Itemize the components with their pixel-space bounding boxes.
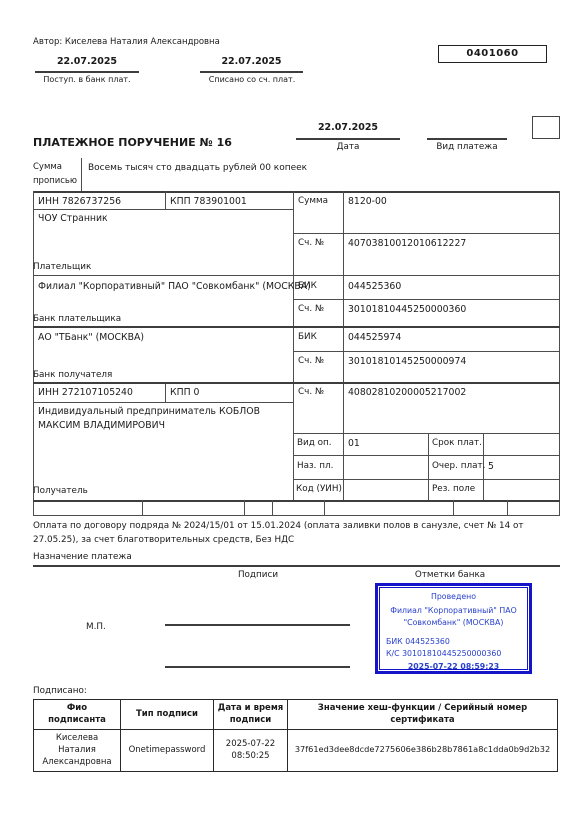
signature-hash: 37f61ed3dee8dcde7275606e386b28b7861a8c1d…	[288, 729, 558, 771]
payee-inn: ИНН 272107105240	[38, 387, 133, 398]
divider	[81, 158, 82, 192]
signed-header-datetime: Дата и время подписи	[214, 700, 288, 730]
payee-account-label: Сч. №	[298, 387, 324, 397]
divider	[293, 455, 560, 456]
payee-account: 40802810200005217002	[348, 387, 466, 398]
payment-type-label: Вид платежа	[412, 142, 522, 152]
signed-header-name: Фио подписанта	[34, 700, 121, 730]
payer-bank-bik-label: БИК	[298, 281, 317, 291]
ocher-plat-value: 5	[488, 461, 494, 472]
divider	[33, 275, 560, 276]
payee-section-label: Получатель	[33, 486, 88, 496]
payer-name: ЧОУ Странник	[38, 213, 108, 224]
divider	[453, 500, 454, 515]
signature-type: Onetimepassword	[121, 729, 214, 771]
divider	[33, 326, 560, 328]
divider	[428, 433, 429, 500]
divider	[324, 500, 325, 515]
received-label: Поступ. в банк плат.	[25, 75, 149, 84]
divider	[33, 382, 560, 384]
signature-line	[165, 666, 350, 668]
divider	[165, 382, 166, 402]
payment-purpose: Оплата по договору подряда № 2024/15/01 …	[33, 519, 560, 547]
payee-name: Индивидуальный предприниматель КОБЛОВ МА…	[38, 405, 290, 434]
payee-bank-name: АО "ТБанк" (МОСКВА)	[38, 332, 144, 343]
divider	[293, 299, 560, 300]
vid-op-value: 01	[348, 438, 360, 449]
stamp-bank-line1: Филиал "Корпоративный" ПАО	[386, 605, 521, 618]
payer-inn: ИНН 7826737256	[38, 196, 121, 207]
divider	[244, 500, 245, 515]
signed-header-type: Тип подписи	[121, 700, 214, 730]
stamp-status: Проведено	[386, 591, 521, 604]
status-field-box	[532, 116, 560, 139]
payer-bank-bik: 044525360	[348, 281, 401, 292]
divider	[293, 479, 560, 480]
bank-stamp: Проведено Филиал "Корпоративный" ПАО "Со…	[375, 583, 532, 674]
stamp-bik: БИК 044525360	[386, 636, 521, 649]
divider	[293, 233, 560, 234]
divider	[165, 191, 166, 209]
payer-bank-section-label: Банк плательщика	[33, 314, 121, 324]
srok-plat-label: Срок плат.	[432, 438, 482, 448]
bank-stamp-content: Проведено Филиал "Корпоративный" ПАО "Со…	[379, 587, 528, 670]
divider	[33, 209, 293, 210]
payee-bank-bik: 044525974	[348, 332, 401, 343]
signature-datetime: 2025-07-22 08:50:25	[214, 729, 288, 771]
signatures-label: Подписи	[203, 570, 313, 580]
stamp-timestamp: 2025-07-22 08:59:23	[386, 661, 521, 674]
payee-bank-account: 30101810145250000974	[348, 356, 466, 367]
mp-label: М.П.	[86, 622, 106, 632]
kod-uin-label: Код (УИН)	[296, 484, 342, 494]
divider	[33, 565, 560, 567]
purpose-section-label: Назначение платежа	[33, 552, 132, 562]
signed-header-hash: Значение хеш-функции / Серийный номер се…	[288, 700, 558, 730]
doc-date-label: Дата	[296, 142, 400, 152]
stamp-bank-line2: "Совкомбанк" (МОСКВА)	[386, 617, 521, 630]
payer-bank-name: Филиал "Корпоративный" ПАО "Совкомбанк" …	[38, 281, 311, 292]
stamp-corr-account: К/С 30101810445250000360	[386, 648, 521, 661]
amount-in-words: Восемь тысяч сто двадцать рублей 00 копе…	[88, 163, 307, 173]
vid-op-label: Вид оп.	[297, 438, 332, 448]
payer-kpp: КПП 783901001	[170, 196, 247, 207]
divider	[200, 71, 303, 73]
debited-date: 22.07.2025	[200, 56, 303, 67]
signed-label: Подписано:	[33, 686, 87, 696]
signature-line	[165, 624, 350, 626]
amount-words-label-1: Сумма	[33, 162, 62, 172]
ocher-plat-label: Очер. плат.	[432, 461, 485, 471]
amount-label: Сумма	[298, 196, 328, 206]
divider	[507, 500, 508, 515]
signer-name: Киселева Наталия Александровна	[34, 729, 121, 771]
divider	[33, 500, 560, 502]
divider	[293, 191, 294, 500]
signed-table-row: Киселева Наталия Александровна Onetimepa…	[34, 729, 558, 771]
divider	[427, 138, 507, 140]
divider	[293, 433, 560, 434]
debited-label: Списано со сч. плат.	[190, 75, 314, 84]
divider	[296, 138, 400, 140]
received-date: 22.07.2025	[35, 56, 139, 67]
payment-order-document: Автор: Киселева Наталия Александровна 04…	[0, 0, 580, 820]
payer-account-label: Сч. №	[298, 238, 324, 248]
divider	[142, 500, 143, 515]
divider	[33, 515, 560, 516]
payee-bank-bik-label: БИК	[298, 332, 317, 342]
divider	[343, 191, 344, 500]
bank-marks-label: Отметки банка	[395, 570, 505, 580]
author-line: Автор: Киселева Наталия Александровна	[33, 37, 220, 47]
payee-kpp: КПП 0	[170, 387, 199, 398]
divider	[272, 500, 273, 515]
payer-bank-account: 30101810445250000360	[348, 304, 466, 315]
form-code-box: 0401060	[438, 45, 547, 63]
naz-pl-label: Наз. пл.	[297, 461, 333, 471]
amount-value: 8120-00	[348, 196, 387, 207]
amount-words-label-2: прописью	[33, 176, 77, 186]
payer-bank-account-label: Сч. №	[298, 304, 324, 314]
payer-section-label: Плательщик	[33, 262, 91, 272]
payee-bank-section-label: Банк получателя	[33, 370, 112, 380]
divider	[33, 191, 34, 515]
divider	[35, 71, 139, 73]
signed-table-header-row: Фио подписанта Тип подписи Дата и время …	[34, 700, 558, 730]
signed-table: Фио подписанта Тип подписи Дата и время …	[33, 699, 558, 772]
document-title: ПЛАТЕЖНОЕ ПОРУЧЕНИЕ № 16	[33, 136, 232, 149]
divider	[293, 351, 560, 352]
divider	[33, 191, 560, 193]
payer-account: 40703810012010612227	[348, 238, 466, 249]
divider	[33, 402, 293, 403]
payee-bank-account-label: Сч. №	[298, 356, 324, 366]
rez-pole-label: Рез. поле	[432, 484, 475, 494]
doc-date: 22.07.2025	[296, 122, 400, 133]
divider	[559, 191, 560, 515]
